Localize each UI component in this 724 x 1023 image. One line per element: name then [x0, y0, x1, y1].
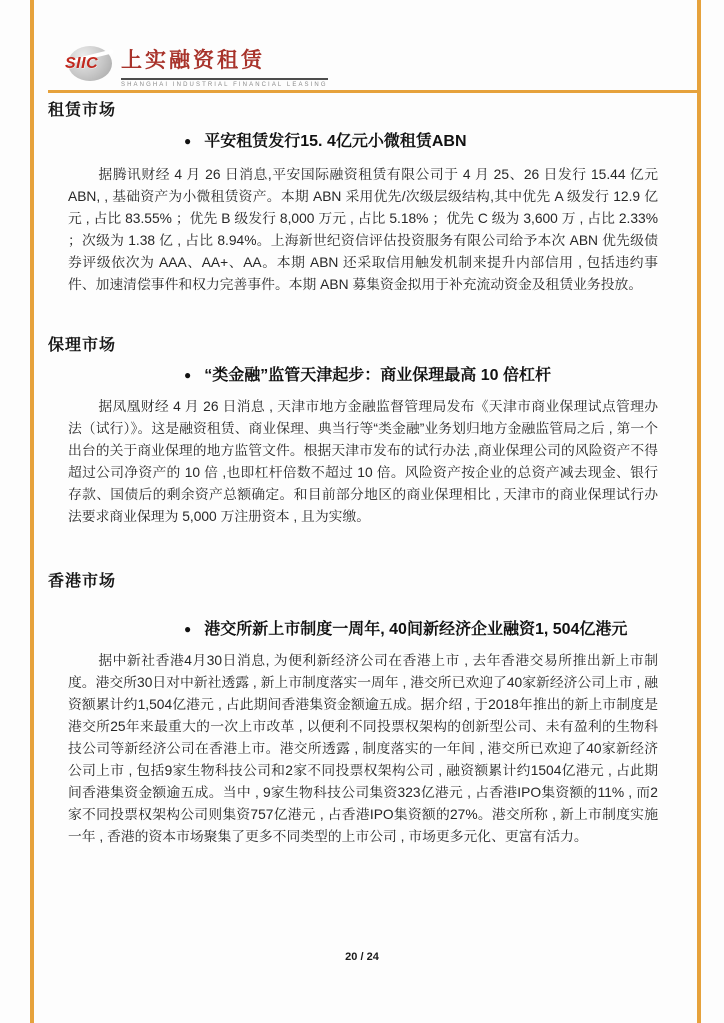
company-logo: SIIC 上实融资租赁 SHANGHAI INDUSTRIAL FINANCIA… [68, 44, 328, 88]
headline-factoring: ● “类金融”监管天津起步：商业保理最高 10 倍杠杆 [184, 362, 551, 385]
section-heading-factoring-market: 保理市场 [48, 332, 116, 355]
section-heading-hongkong-market: 香港市场 [48, 568, 116, 591]
left-accent-bar [30, 0, 34, 1023]
globe-icon: SIIC [68, 46, 112, 81]
headline-hongkong: ● 港交所新上市制度一周年, 40间新经济企业融资1, 504亿港元 [184, 616, 627, 639]
page-number: 20 / 24 [0, 951, 724, 963]
bullet-icon: ● [184, 369, 191, 381]
headline-leasing: ● 平安租赁发行15. 4亿元小微租赁ABN [184, 128, 467, 151]
document-page: SIIC 上实融资租赁 SHANGHAI INDUSTRIAL FINANCIA… [0, 0, 724, 1023]
headline-leasing-text: 平安租赁发行15. 4亿元小微租赁ABN [204, 128, 466, 151]
right-accent-bar [697, 0, 701, 1023]
company-name-en: SHANGHAI INDUSTRIAL FINANCIAL LEASING [121, 82, 328, 88]
headline-hongkong-text: 港交所新上市制度一周年, 40间新经济企业融资1, 504亿港元 [204, 616, 627, 639]
paragraph-hongkong: 据中新社香港4月30日消息, 为便利新经济公司在香港上市 , 去年香港交易所推出… [68, 650, 658, 848]
paragraph-factoring: 据凤凰财经 4 月 26 日消息 , 天津市地方金融监督管理局发布《天津市商业保… [68, 396, 658, 528]
headline-factoring-text: “类金融”监管天津起步：商业保理最高 10 倍杠杆 [204, 362, 551, 385]
logo-monogram: SIIC [65, 55, 98, 73]
bullet-icon: ● [184, 135, 191, 147]
company-name-cn: 上实融资租赁 [121, 44, 328, 80]
company-name-block: 上实融资租赁 SHANGHAI INDUSTRIAL FINANCIAL LEA… [121, 44, 328, 88]
paragraph-leasing: 据腾讯财经 4 月 26 日消息,平安国际融资租赁有限公司于 4 月 25、26… [68, 164, 658, 296]
bullet-icon: ● [184, 623, 191, 635]
header-divider [48, 90, 700, 93]
section-heading-leasing-market: 租赁市场 [48, 97, 116, 120]
